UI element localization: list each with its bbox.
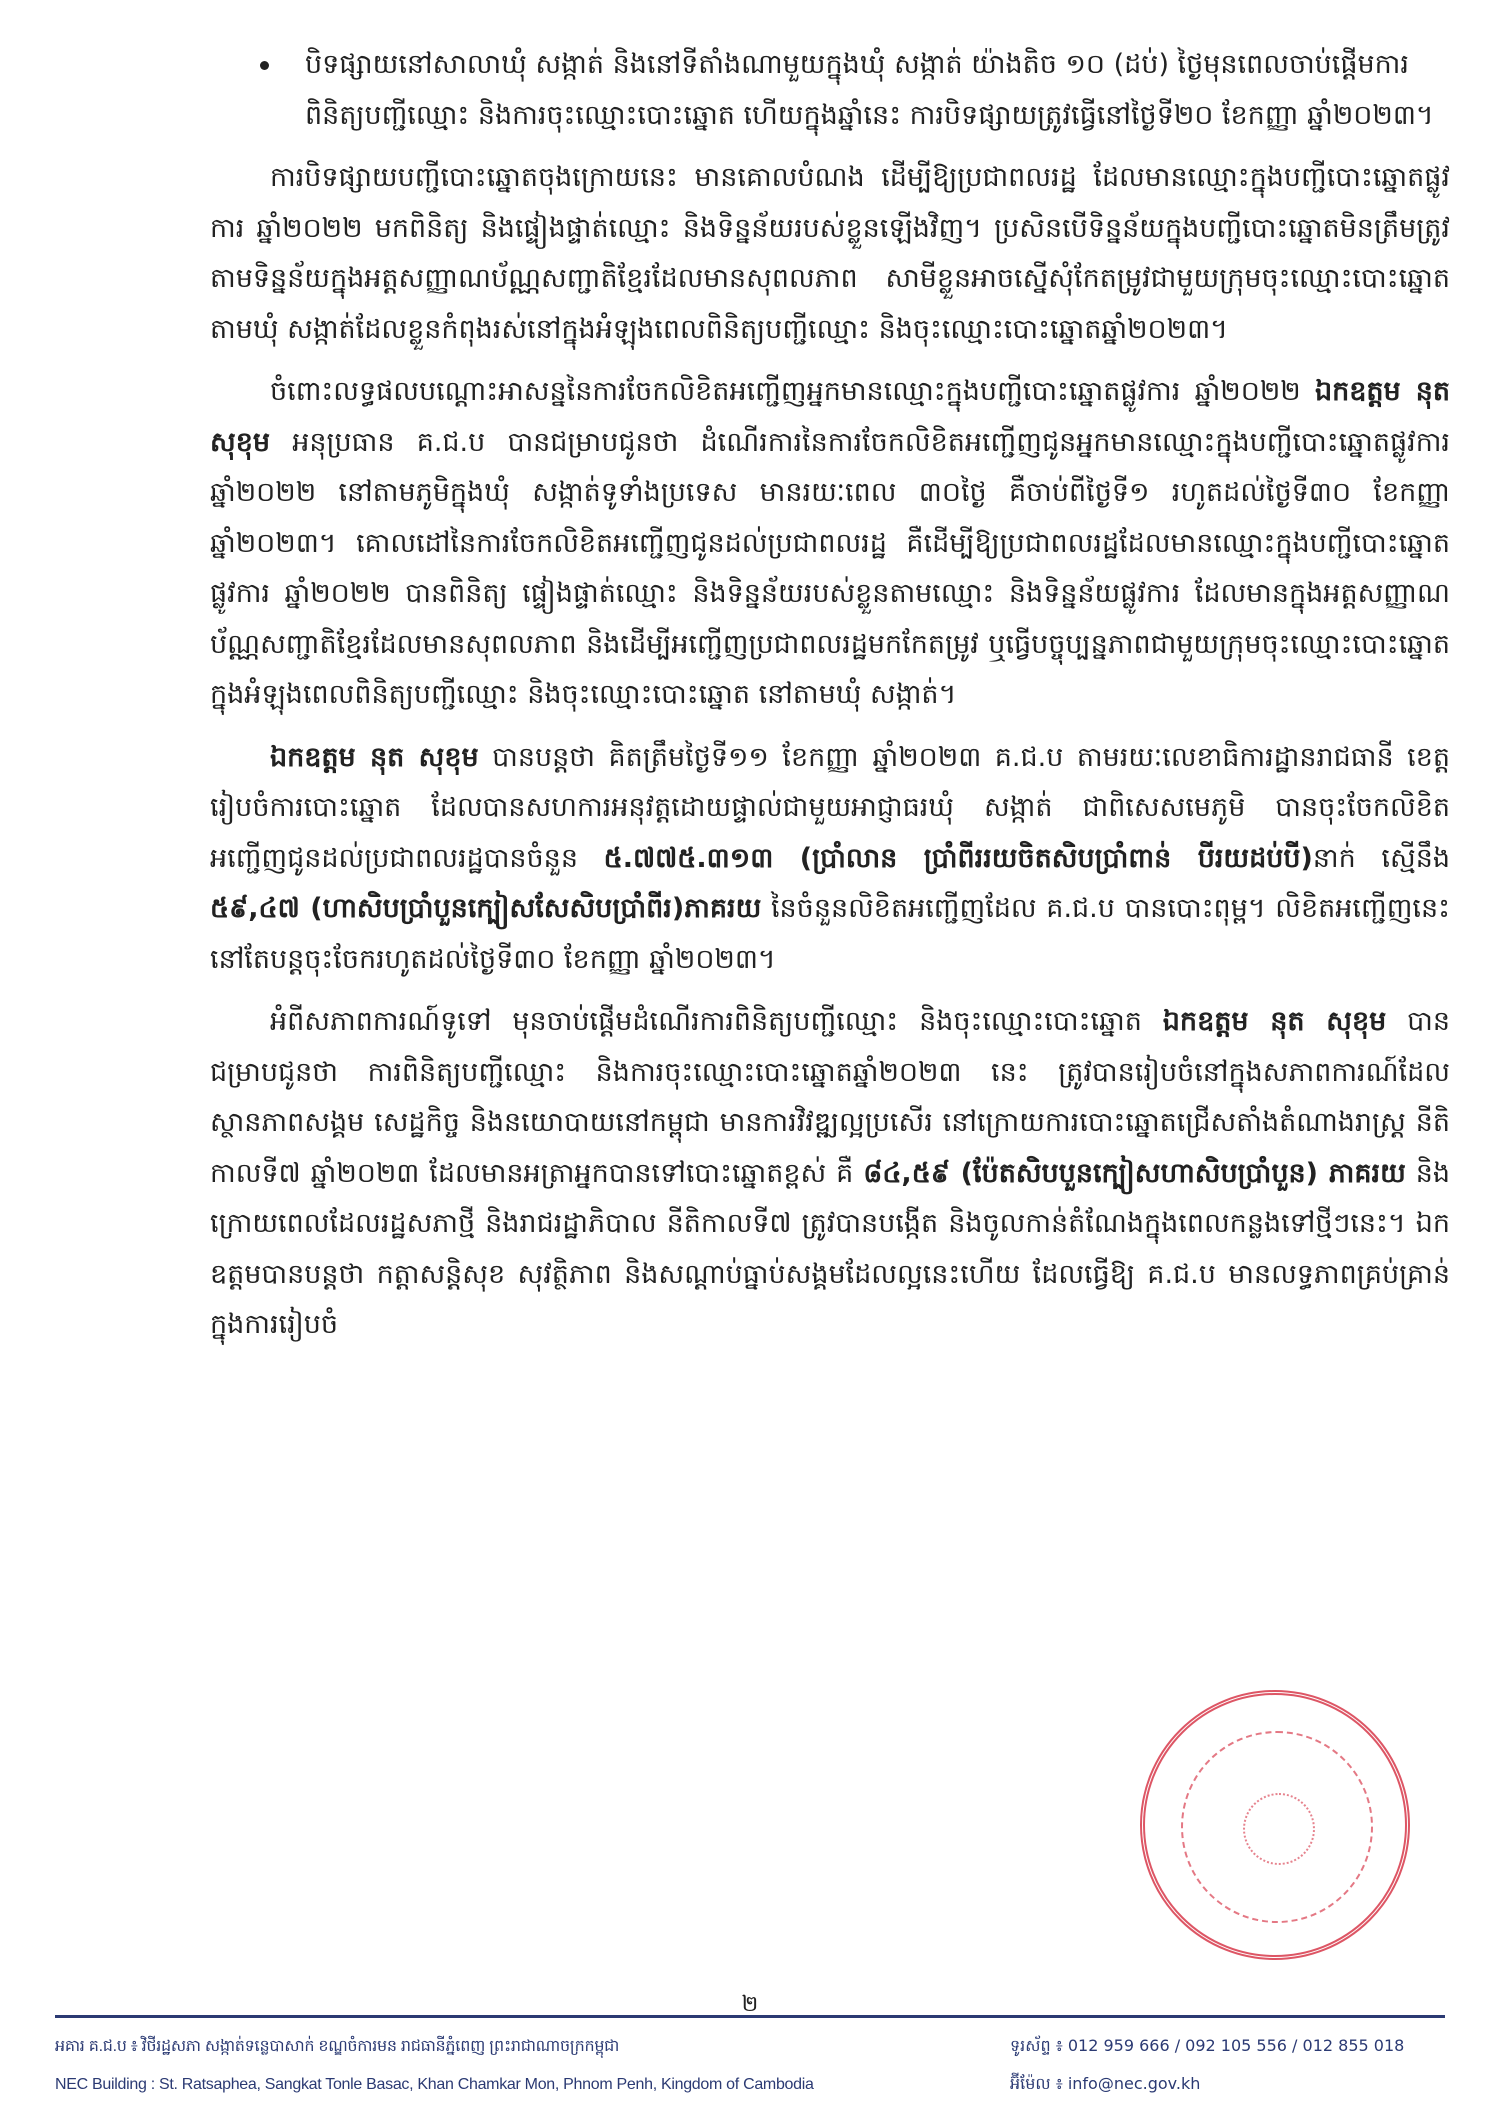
bullet-item: បិទផ្សាយនៅសាលាឃុំ សង្កាត់ និងនៅទីតាំងណាម… (260, 40, 1450, 141)
document-page: បិទផ្សាយនៅសាលាឃុំ សង្កាត់ និងនៅទីតាំងណាម… (0, 0, 1500, 2123)
paragraph-4: អំពីសភាពការណ៍ទូទៅ មុនចាប់ផ្តើមដំណើរការពិ… (210, 997, 1450, 1351)
paragraph-text: ចំពោះលទ្ធផលបណ្ដោះអាសន្ននៃការចែកលិខិតអញ្ជ… (270, 376, 1315, 407)
footer-phone: ទូរស័ព្ទ ៖ 012 959 666 / 092 105 556 / 0… (1010, 2035, 1450, 2059)
document-body: បិទផ្សាយនៅសាលាឃុំ សង្កាត់ និងនៅទីតាំងណាម… (210, 40, 1450, 1363)
footer: អគារ គ.ជ.ប ៖ វិថីរដ្ឋសភា សង្កាត់ទន្លេបាស… (55, 2028, 1450, 2104)
seal-emblem-icon (1243, 1793, 1315, 1865)
bullet-text: បិទផ្សាយនៅសាលាឃុំ សង្កាត់ និងនៅទីតាំងណាម… (305, 49, 1434, 131)
footer-email[interactable]: អ៊ីម៉ែល ៖ info@nec.gov.kh (1010, 2073, 1450, 2097)
seal-inner-ring (1181, 1731, 1373, 1923)
official-seal-stamp (1140, 1690, 1410, 1960)
paragraph-1: ការបិទផ្សាយបញ្ជីបោះឆ្នោតចុងក្រោយនេះ មានគ… (210, 153, 1450, 355)
footer-address-en: NEC Building : St. Ratsaphea, Sangkat To… (55, 2076, 814, 2094)
percent-figure: ៥៩,៤៧ (ហាសិបប្រាំបួនក្បៀសសែសិបប្រាំពីរ)ភ… (210, 893, 761, 924)
paragraph-text: ការបិទផ្សាយបញ្ជីបោះឆ្នោតចុងក្រោយនេះ មានគ… (210, 162, 1450, 345)
count-figure: ៥.៧៧៥.៣១៣ (ប្រាំលាន ប្រាំពីររយចិតសិបប្រា… (604, 843, 1313, 874)
speaker-name: ឯកឧត្តម នុត សុខុម (270, 742, 479, 773)
percent-figure: ៨៤,៥៩ (ប៉ែតសិបបួនក្បៀសហាសិបប្រាំបួន) ភាគ… (863, 1158, 1406, 1189)
paragraph-text: អនុប្រធាន គ.ជ.ប បានជម្រាបជូនថា ដំណើរការន… (210, 427, 1450, 711)
paragraph-text: អំពីសភាពការណ៍ទូទៅ មុនចាប់ផ្តើមដំណើរការពិ… (270, 1006, 1163, 1037)
paragraph-3: ឯកឧត្តម នុត សុខុម បានបន្តថា គិតត្រឹមថ្ងៃ… (210, 733, 1450, 986)
speaker-name: ឯកឧត្តម នុត សុខុម (1163, 1006, 1386, 1037)
footer-divider (55, 2015, 1445, 2018)
paragraph-2: ចំពោះលទ្ធផលបណ្ដោះអាសន្ននៃការចែកលិខិតអញ្ជ… (210, 367, 1450, 721)
footer-address-kh: អគារ គ.ជ.ប ៖ វិថីរដ្ឋសភា សង្កាត់ទន្លេបាស… (55, 2035, 619, 2059)
paragraph-text: នាក់ ស្មើនឹង (1313, 843, 1450, 874)
bullet-icon (260, 61, 269, 70)
